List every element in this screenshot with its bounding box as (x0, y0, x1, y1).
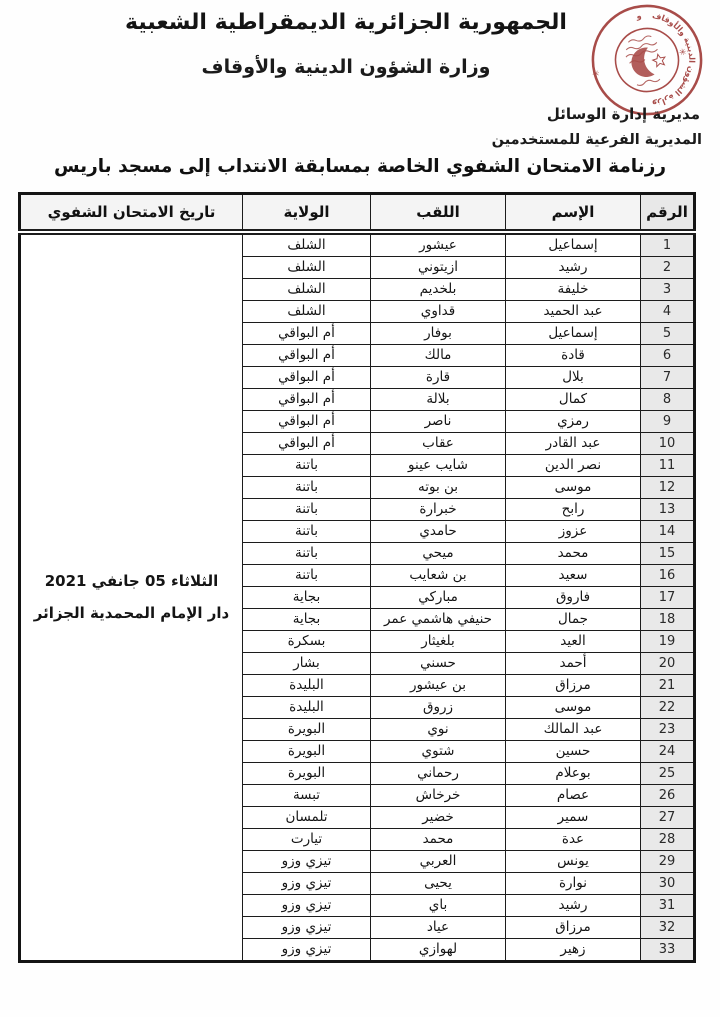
cell-number: 29 (641, 850, 695, 872)
scanned-document-page: الجمهورية الجزائرية الديمقراطية الشعبية … (0, 0, 720, 1017)
cell-number: 19 (641, 630, 695, 652)
cell-wilaya: أم البواقي (243, 322, 371, 344)
seal-star-icon (652, 53, 667, 67)
cell-last-name: زروق (371, 696, 506, 718)
cell-number: 28 (641, 828, 695, 850)
cell-first-name: عدة (506, 828, 641, 850)
cell-last-name: خرخاش (371, 784, 506, 806)
cell-wilaya: بجاية (243, 608, 371, 630)
cell-first-name: رشيد (506, 894, 641, 916)
col-header-first-name: الإسم (506, 194, 641, 232)
cell-first-name: قادة (506, 344, 641, 366)
cell-first-name: عبد المالك (506, 718, 641, 740)
cell-number: 9 (641, 410, 695, 432)
cell-wilaya: تيزي وزو (243, 894, 371, 916)
col-header-exam-date: تاريخ الامتحان الشفوي (20, 194, 243, 232)
cell-last-name: لهوازي (371, 938, 506, 961)
cell-first-name: يونس (506, 850, 641, 872)
table-row: 1إسماعيلعيشورالشلفالثلاثاء 05 جانفي 2021… (20, 232, 695, 257)
cell-last-name: قداوي (371, 300, 506, 322)
cell-first-name: زهير (506, 938, 641, 961)
cell-last-name: عيشور (371, 232, 506, 257)
cell-first-name: العيد (506, 630, 641, 652)
col-header-wilaya: الولاية (243, 194, 371, 232)
cell-first-name: نصر الدين (506, 454, 641, 476)
cell-first-name: عبد القادر (506, 432, 641, 454)
cell-last-name: محمد (371, 828, 506, 850)
cell-last-name: بوفار (371, 322, 506, 344)
cell-number: 24 (641, 740, 695, 762)
cell-number: 1 (641, 232, 695, 257)
cell-number: 15 (641, 542, 695, 564)
cell-wilaya: أم البواقي (243, 388, 371, 410)
cell-first-name: جمال (506, 608, 641, 630)
cell-last-name: ازيتوني (371, 256, 506, 278)
cell-first-name: موسى (506, 476, 641, 498)
cell-last-name: العربي (371, 850, 506, 872)
cell-first-name: سعيد (506, 564, 641, 586)
cell-last-name: بلخديم (371, 278, 506, 300)
cell-wilaya: بسكرة (243, 630, 371, 652)
cell-number: 3 (641, 278, 695, 300)
cell-number: 33 (641, 938, 695, 961)
col-header-number: الرقم (641, 194, 695, 232)
exam-date-line: الثلاثاء 05 جانفي 2021 (21, 565, 242, 597)
cell-number: 23 (641, 718, 695, 740)
cell-number: 14 (641, 520, 695, 542)
exam-schedule-table: الرقم الإسم اللقب الولاية تاريخ الامتحان… (18, 192, 696, 963)
cell-wilaya: تيزي وزو (243, 850, 371, 872)
cell-number: 31 (641, 894, 695, 916)
cell-wilaya: باتنة (243, 454, 371, 476)
cell-number: 22 (641, 696, 695, 718)
cell-first-name: موسى (506, 696, 641, 718)
cell-last-name: بلالة (371, 388, 506, 410)
cell-wilaya: تيزي وزو (243, 938, 371, 961)
cell-first-name: عبد الحميد (506, 300, 641, 322)
table-header-row: الرقم الإسم اللقب الولاية تاريخ الامتحان… (20, 194, 695, 232)
ministry-seal-stamp: وزارة الشؤون الدينية والأوقاف وزارة الشؤ… (588, 1, 706, 119)
cell-wilaya: تيارت (243, 828, 371, 850)
cell-last-name: شايب عينو (371, 454, 506, 476)
cell-first-name: عزوز (506, 520, 641, 542)
cell-last-name: حسني (371, 652, 506, 674)
col-header-last-name: اللقب (371, 194, 506, 232)
exam-date-cell: الثلاثاء 05 جانفي 2021دار الإمام المحمدي… (20, 232, 243, 962)
cell-wilaya: بشار (243, 652, 371, 674)
cell-number: 20 (641, 652, 695, 674)
cell-first-name: إسماعيل (506, 322, 641, 344)
cell-last-name: خضير (371, 806, 506, 828)
cell-last-name: عياد (371, 916, 506, 938)
cell-number: 27 (641, 806, 695, 828)
cell-last-name: شتوي (371, 740, 506, 762)
cell-first-name: محمد (506, 542, 641, 564)
cell-first-name: إسماعيل (506, 232, 641, 257)
cell-first-name: بلال (506, 366, 641, 388)
seal-star-left-icon: ✳ (591, 69, 601, 80)
cell-last-name: رحماني (371, 762, 506, 784)
cell-wilaya: تبسة (243, 784, 371, 806)
cell-wilaya: تلمسان (243, 806, 371, 828)
cell-number: 4 (641, 300, 695, 322)
cell-number: 10 (641, 432, 695, 454)
cell-wilaya: باتنة (243, 542, 371, 564)
cell-number: 16 (641, 564, 695, 586)
sub-directorate-line: المديرية الفرعية للمستخدمين (492, 132, 702, 148)
cell-number: 26 (641, 784, 695, 806)
cell-last-name: مالك (371, 344, 506, 366)
seal-inner-circle (609, 22, 685, 98)
cell-first-name: فاروق (506, 586, 641, 608)
cell-wilaya: الشلف (243, 300, 371, 322)
cell-wilaya: البويرة (243, 762, 371, 784)
cell-number: 32 (641, 916, 695, 938)
cell-first-name: سمير (506, 806, 641, 828)
cell-first-name: نوارة (506, 872, 641, 894)
cell-wilaya: باتنة (243, 476, 371, 498)
document-title: رزنامة الامتحان الشفوي الخاصة بمسابقة ال… (0, 156, 720, 177)
cell-wilaya: أم البواقي (243, 432, 371, 454)
cell-wilaya: أم البواقي (243, 344, 371, 366)
cell-last-name: حنيفي هاشمي عمر (371, 608, 506, 630)
cell-wilaya: تيزي وزو (243, 872, 371, 894)
cell-first-name: عصام (506, 784, 641, 806)
cell-number: 12 (641, 476, 695, 498)
cell-last-name: ناصر (371, 410, 506, 432)
cell-last-name: يحيى (371, 872, 506, 894)
cell-first-name: رشيد (506, 256, 641, 278)
cell-first-name: مرزاق (506, 916, 641, 938)
cell-wilaya: الشلف (243, 256, 371, 278)
cell-last-name: حامدي (371, 520, 506, 542)
cell-first-name: كمال (506, 388, 641, 410)
cell-last-name: بن بوته (371, 476, 506, 498)
cell-last-name: ميحي (371, 542, 506, 564)
cell-number: 21 (641, 674, 695, 696)
cell-last-name: نوي (371, 718, 506, 740)
cell-number: 17 (641, 586, 695, 608)
cell-last-name: بن عيشور (371, 674, 506, 696)
cell-last-name: قارة (371, 366, 506, 388)
exam-venue-line: دار الإمام المحمدية الجزائر (21, 597, 242, 629)
cell-wilaya: البويرة (243, 718, 371, 740)
cell-number: 13 (641, 498, 695, 520)
cell-last-name: بلغيثار (371, 630, 506, 652)
cell-first-name: خليفة (506, 278, 641, 300)
cell-first-name: رابح (506, 498, 641, 520)
cell-wilaya: باتنة (243, 520, 371, 542)
cell-first-name: حسين (506, 740, 641, 762)
cell-wilaya: تيزي وزو (243, 916, 371, 938)
cell-number: 8 (641, 388, 695, 410)
cell-wilaya: باتنة (243, 498, 371, 520)
cell-wilaya: البليدة (243, 696, 371, 718)
cell-number: 2 (641, 256, 695, 278)
cell-first-name: أحمد (506, 652, 641, 674)
cell-number: 25 (641, 762, 695, 784)
cell-wilaya: الشلف (243, 232, 371, 257)
cell-number: 18 (641, 608, 695, 630)
cell-number: 5 (641, 322, 695, 344)
cell-wilaya: البليدة (243, 674, 371, 696)
cell-last-name: مباركي (371, 586, 506, 608)
cell-first-name: مرزاق (506, 674, 641, 696)
cell-first-name: رمزي (506, 410, 641, 432)
cell-number: 6 (641, 344, 695, 366)
cell-wilaya: أم البواقي (243, 410, 371, 432)
cell-last-name: عقاب (371, 432, 506, 454)
directorate-line: مديرية إدارة الوسائل (547, 105, 700, 123)
cell-first-name: بوعلام (506, 762, 641, 784)
cell-last-name: خبرارة (371, 498, 506, 520)
cell-wilaya: باتنة (243, 564, 371, 586)
cell-number: 11 (641, 454, 695, 476)
cell-wilaya: الشلف (243, 278, 371, 300)
cell-wilaya: أم البواقي (243, 366, 371, 388)
cell-number: 7 (641, 366, 695, 388)
cell-wilaya: البويرة (243, 740, 371, 762)
cell-last-name: باي (371, 894, 506, 916)
cell-last-name: بن شعايب (371, 564, 506, 586)
cell-wilaya: بجاية (243, 586, 371, 608)
cell-number: 30 (641, 872, 695, 894)
